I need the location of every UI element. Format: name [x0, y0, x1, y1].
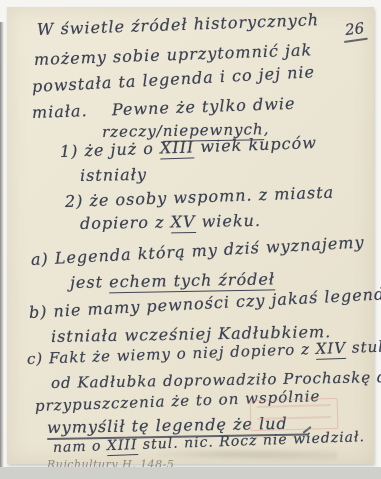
page-number: 26 — [344, 19, 365, 39]
underlined-word: XV — [170, 212, 195, 233]
scan-edge-bottom — [0, 467, 381, 479]
word-run: wieku. — [195, 211, 261, 231]
word-run: W świetle źródeł historycznych — [37, 10, 320, 39]
word-run: a) Legenda którą my dziś wyznajemy — [30, 233, 364, 269]
word-run: 1) że już o — [60, 139, 161, 161]
handwritten-line: a) Legenda którą my dziś wyznajemy — [31, 234, 365, 269]
scan-background: 26 W świetle źródeł historycznychmożemy … — [0, 0, 381, 479]
word-run: stul. — [346, 337, 381, 357]
archive-stamp — [250, 398, 339, 431]
word-run: istniały — [80, 165, 147, 185]
handwritten-line: 2) że osoby wspomn. z miasta — [65, 184, 335, 211]
handwritten-line: W świetle źródeł historycznych — [37, 11, 320, 38]
handwritten-line: istniały — [80, 166, 147, 185]
handwritten-line: dopiero z XV wieku. — [80, 212, 261, 233]
word-run: 2) że osoby wspomn. z miasta — [65, 183, 335, 211]
underlined-word: XIII — [107, 437, 138, 456]
underlined-word: XIII — [160, 137, 195, 159]
pencil-smudge — [157, 447, 337, 461]
word-run: wiek kupców — [194, 133, 317, 156]
handwritten-line: miała. Pewne że tylko dwie — [32, 95, 296, 122]
word-run: nam o — [53, 438, 107, 456]
underlined-word: XIV — [315, 339, 346, 360]
underlined-word: echem tych źródeł — [109, 269, 275, 293]
word-run: jest — [70, 272, 109, 292]
word-run: dopiero z — [80, 212, 171, 233]
handwritten-line: powstała ta legenda i co jej nie — [32, 63, 316, 95]
manuscript-page: 26 W świetle źródeł historycznychmożemy … — [7, 7, 374, 464]
handwritten-line: 1) że już o XIII wiek kupców — [60, 134, 318, 161]
left-edge-shadow — [0, 22, 4, 471]
word-run: od Kadłubka doprowadziło Prochaskę do — [51, 368, 381, 392]
word-run: miała. Pewne że tylko dwie — [32, 94, 296, 122]
handwritten-line: od Kadłubka doprowadziło Prochaskę do — [51, 369, 381, 392]
handwritten-line: jest echem tych źródeł — [70, 270, 275, 291]
